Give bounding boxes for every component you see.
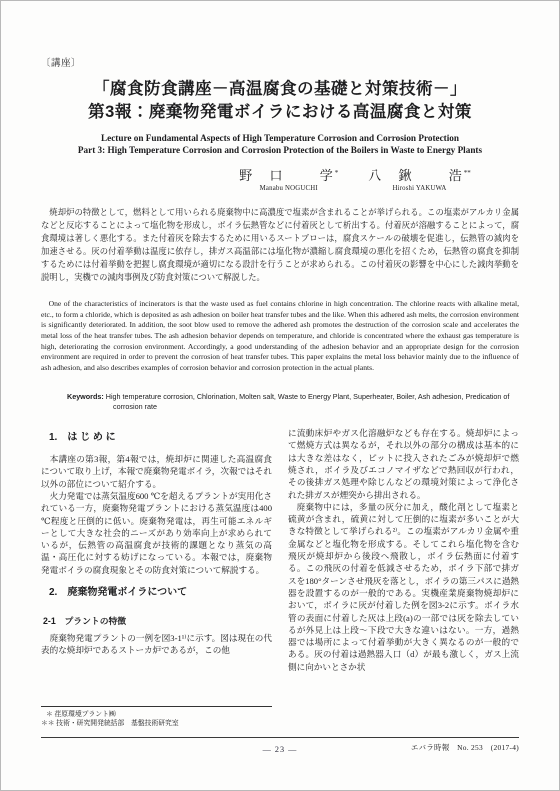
left-column: 1. は じ め に 本講座の第3報，第4報では，焼却炉に関連した高温腐食につい… — [41, 427, 272, 729]
section-1-paragraph-2: 火力発電では蒸気温度600 ℃を超えるプラントが実用化されている一方，廃棄物発電… — [41, 490, 272, 576]
section-1-paragraph-1: 本講座の第3報，第4報では，焼却炉に関連した高温腐食について取り上げ，本報で廃棄… — [41, 453, 272, 490]
author-1: 野 口 学* Manabu NOGUCHI — [239, 165, 338, 193]
abstract-english: One of the characteristics of incinerato… — [41, 299, 519, 373]
section-2-1-subheading: 2-1 プラントの特徴 — [43, 616, 272, 627]
article-title-japanese: 「腐食防食講座－高温腐食の基礎と対策技術－」 第3報：廃棄物発電ボイラにおける高… — [41, 78, 519, 124]
keywords-text: High temperature corrosion, Chlorination… — [106, 392, 510, 411]
right-column-paragraph-2: 廃棄物中には，多量の灰分に加え，酸化剤として塩素と硫黄が含まれ，硫黄に対して圧倒… — [288, 501, 519, 673]
title-en-line2: Part 3: High Temperature Corrosion and C… — [41, 144, 519, 156]
author-1-name-romanized: Manabu NOGUCHI — [239, 185, 338, 193]
section-1-heading: 1. は じ め に — [49, 432, 272, 444]
right-column: に流動床炉やガス化溶融炉なども存在する。焼却炉によって燃焼方式は異なるが，それ以… — [288, 427, 519, 729]
affiliation-footnotes: ＊ 荏原環境プラント㈱ ＊＊ 技術・研究開発統括部 基盤技術研究室 — [41, 706, 272, 729]
right-column-paragraph-1: に流動床炉やガス化溶融炉なども存在する。焼却炉によって燃焼方式は異なるが，それ以… — [288, 427, 519, 501]
author-1-affiliation-marker: * — [335, 169, 339, 177]
section-2-1-paragraph: 廃棄物発電プラントの一例を図3-1¹⁾に示す。図は現在の代表的な焼却炉であるスト… — [41, 632, 272, 657]
page-number: — 23 — — [41, 745, 519, 754]
footnote-affiliation-2: ＊＊ 技術・研究開発統括部 基盤技術研究室 — [41, 719, 272, 729]
abstract-japanese: 焼却炉の特徴として，燃料として用いられる廃棄物中に高濃度で塩素が含まれることが挙… — [41, 206, 519, 284]
article-title-english: Lecture on Fundamental Aspects of High T… — [41, 132, 519, 156]
author-block: 野 口 学* Manabu NOGUCHI 八 鍬 浩** Hiroshi YA… — [41, 165, 519, 193]
author-2-name-japanese: 八 鍬 浩** — [368, 165, 471, 184]
author-1-name-japanese: 野 口 学* — [239, 165, 338, 184]
title-jp-line2: 第3報：廃棄物発電ボイラにおける高温腐食と対策 — [41, 101, 519, 124]
page-footer: エバラ時報 No. 253 (2017-4) — 23 — — [41, 737, 519, 756]
title-en-line1: Lecture on Fundamental Aspects of High T… — [41, 132, 519, 144]
author-2-affiliation-marker: ** — [464, 169, 471, 177]
title-jp-line1: 「腐食防食講座－高温腐食の基礎と対策技術－」 — [41, 78, 519, 101]
author-2: 八 鍬 浩** Hiroshi YAKUWA — [368, 165, 471, 193]
body-two-columns: 1. は じ め に 本講座の第3報，第4報では，焼却炉に関連した高温腐食につい… — [41, 427, 519, 729]
author-2-name-text: 八 鍬 浩 — [368, 168, 469, 183]
section-2-heading: 2. 廃棄物発電ボイラについて — [49, 587, 272, 599]
journal-article-page: 〔講座〕 「腐食防食講座－高温腐食の基礎と対策技術－」 第3報：廃棄物発電ボイラ… — [0, 0, 560, 791]
footnote-affiliation-1: ＊ 荏原環境プラント㈱ — [41, 710, 272, 720]
keywords-label: Keywords: — [67, 392, 104, 401]
author-2-name-romanized: Hiroshi YAKUWA — [368, 185, 471, 193]
keywords-line: Keywords: High temperature corrosion, Ch… — [41, 392, 519, 412]
article-category-label: 〔講座〕 — [41, 55, 519, 69]
author-1-name-text: 野 口 学 — [239, 168, 340, 183]
